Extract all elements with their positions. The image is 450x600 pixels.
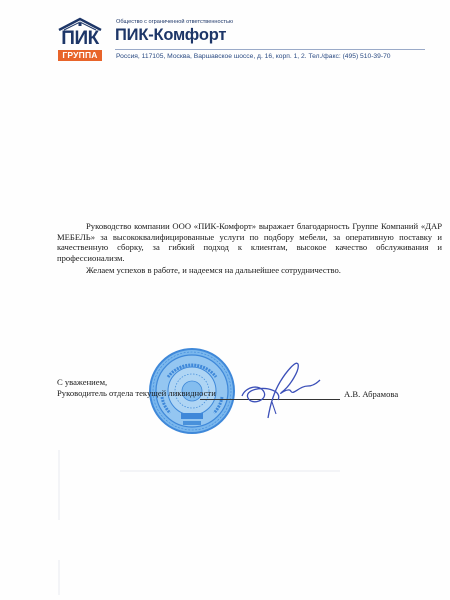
- company-address: Россия, 117105, Москва, Варшавское шоссе…: [116, 53, 391, 60]
- letter-page: ПИК ГРУППА Общество с ограниченной ответ…: [0, 0, 450, 600]
- logo-pik-text: ПИК: [57, 29, 103, 49]
- letterhead-divider: [115, 49, 425, 50]
- scan-artifact: [58, 450, 60, 520]
- company-logo: ПИК ГРУППА: [57, 17, 103, 63]
- handwritten-signature-icon: [238, 356, 324, 422]
- org-type-text: Общество с ограниченной ответственностью: [116, 19, 233, 25]
- signer-position: Руководитель отдела текущей ликвидности: [57, 388, 216, 398]
- letter-body: Руководство компании ООО «ПИК-Комфорт» в…: [57, 221, 442, 276]
- company-name: ПИК-Комфорт: [115, 26, 226, 45]
- closing-text: С уважением,: [57, 377, 107, 387]
- signer-name: А.В. Абрамова: [344, 389, 398, 399]
- body-paragraph-2: Желаем успехов в работе, и надеемся на д…: [57, 265, 442, 276]
- scan-artifact: [120, 470, 340, 472]
- body-paragraph-1: Руководство компании ООО «ПИК-Комфорт» в…: [57, 221, 442, 263]
- logo-gruppa-text: ГРУППА: [58, 50, 102, 61]
- scan-artifact: [58, 560, 60, 595]
